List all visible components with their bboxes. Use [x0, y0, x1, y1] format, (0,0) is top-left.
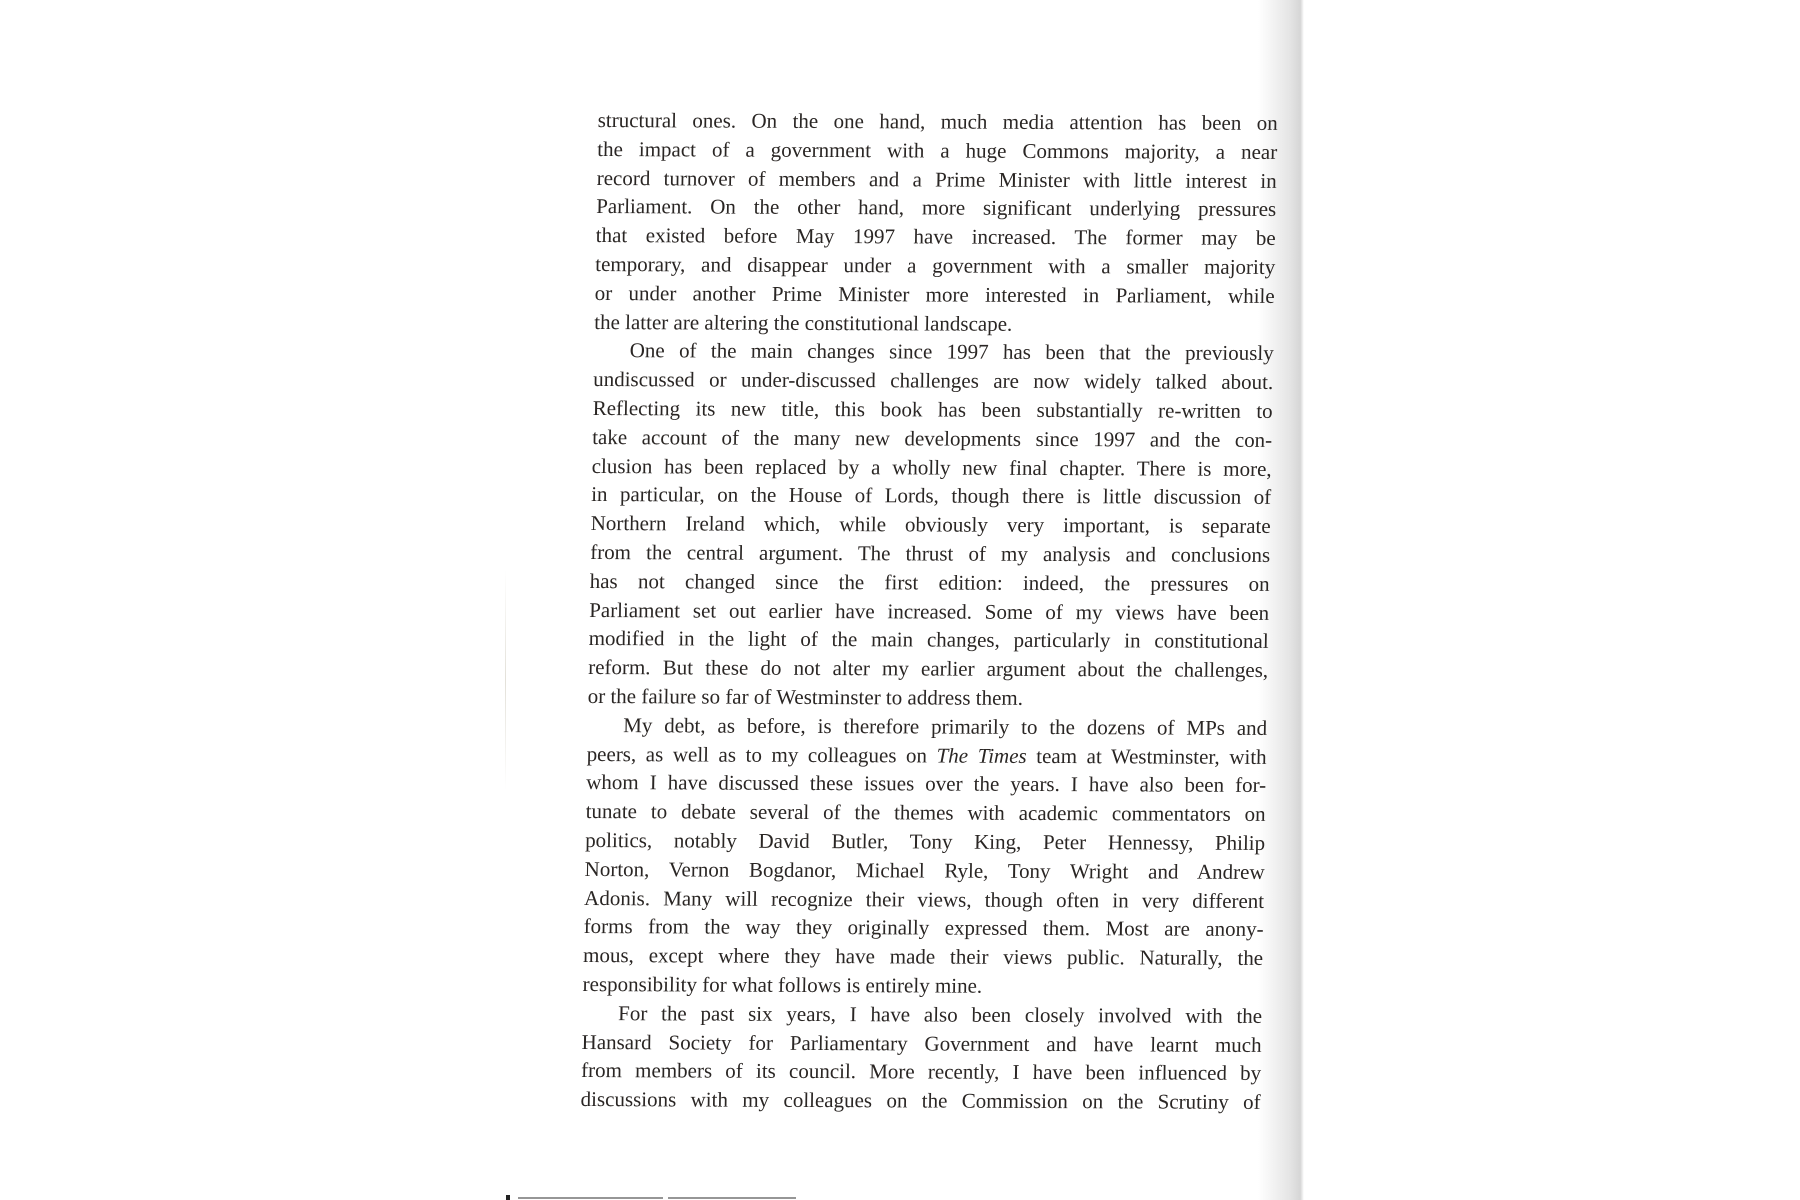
- text-line: has not changed since the first edition:…: [589, 567, 1269, 599]
- text-line: clusion has been replaced by a wholly ne…: [591, 452, 1271, 484]
- text-line: Northern Ireland which, while obviously …: [590, 509, 1270, 541]
- bottom-edge-rule: [668, 1197, 796, 1199]
- text-line: in particular, on the House of Lords, th…: [591, 480, 1271, 512]
- text-line: Parliament. On the other hand, more sign…: [596, 192, 1276, 224]
- scan-corner-mark: [506, 1195, 510, 1200]
- text-line: temporary, and disappear under a governm…: [595, 250, 1275, 282]
- text-line: discussions with my colleagues on the Co…: [580, 1085, 1260, 1117]
- paragraph-3: My debt, as before, is therefore primari…: [582, 711, 1267, 1002]
- text-line: tunate to debate several of the themes w…: [585, 797, 1265, 829]
- text-line: reform. But these do not alter my earlie…: [588, 653, 1268, 685]
- text-line: the impact of a government with a huge C…: [597, 135, 1277, 167]
- paragraph-2: One of the main changes since 1997 has b…: [587, 336, 1273, 713]
- text-line: or under another Prime Minister more int…: [594, 279, 1274, 311]
- text-line: mous, except where they have made their …: [583, 941, 1263, 973]
- paragraph-4: For the past six years, I have also been…: [580, 999, 1262, 1117]
- bottom-edge-rule: [518, 1197, 663, 1199]
- text-line: structural ones. On the one hand, much m…: [597, 106, 1277, 138]
- text-line: or the failure so far of Westminster to …: [587, 682, 1267, 714]
- text-line: forms from the way they originally expre…: [583, 912, 1263, 944]
- publication-title: The Times: [936, 743, 1026, 767]
- text-line: undiscussed or under-discussed challenge…: [593, 365, 1273, 397]
- text-line: responsibility for what follows is entir…: [582, 970, 1262, 1002]
- text-line: My debt, as before, is therefore primari…: [587, 711, 1267, 743]
- text-line: One of the main changes since 1997 has b…: [593, 336, 1273, 368]
- text-line: Adonis. Many will recognize their views,…: [584, 884, 1264, 916]
- text-line: Parliament set out earlier have increase…: [589, 596, 1269, 628]
- text-line: politics, notably David Butler, Tony Kin…: [585, 826, 1265, 858]
- text-line: peers, as well as to my colleagues on Th…: [586, 740, 1266, 772]
- text-line: modified in the light of the main change…: [588, 624, 1268, 656]
- text-line: Reflecting its new title, this book has …: [592, 394, 1272, 426]
- text-line: from the central argument. The thrust of…: [590, 538, 1270, 570]
- text-line: from members of its council. More recent…: [581, 1056, 1261, 1088]
- text-line: the latter are altering the constitution…: [594, 308, 1274, 340]
- text-line: Hansard Society for Parliamentary Govern…: [581, 1027, 1261, 1059]
- text-line: For the past six years, I have also been…: [582, 999, 1262, 1031]
- text-line: take account of the many new development…: [592, 423, 1272, 455]
- scan-edge-mark: [505, 570, 506, 790]
- text-line: that existed before May 1997 have increa…: [595, 221, 1275, 253]
- page-body-text: structural ones. On the one hand, much m…: [580, 106, 1278, 1117]
- text-line: whom I have discussed these issues over …: [586, 768, 1266, 800]
- text-line: Norton, Vernon Bogdanor, Michael Ryle, T…: [584, 855, 1264, 887]
- paragraph-1: structural ones. On the one hand, much m…: [594, 106, 1278, 339]
- text-line: record turnover of members and a Prime M…: [596, 164, 1276, 196]
